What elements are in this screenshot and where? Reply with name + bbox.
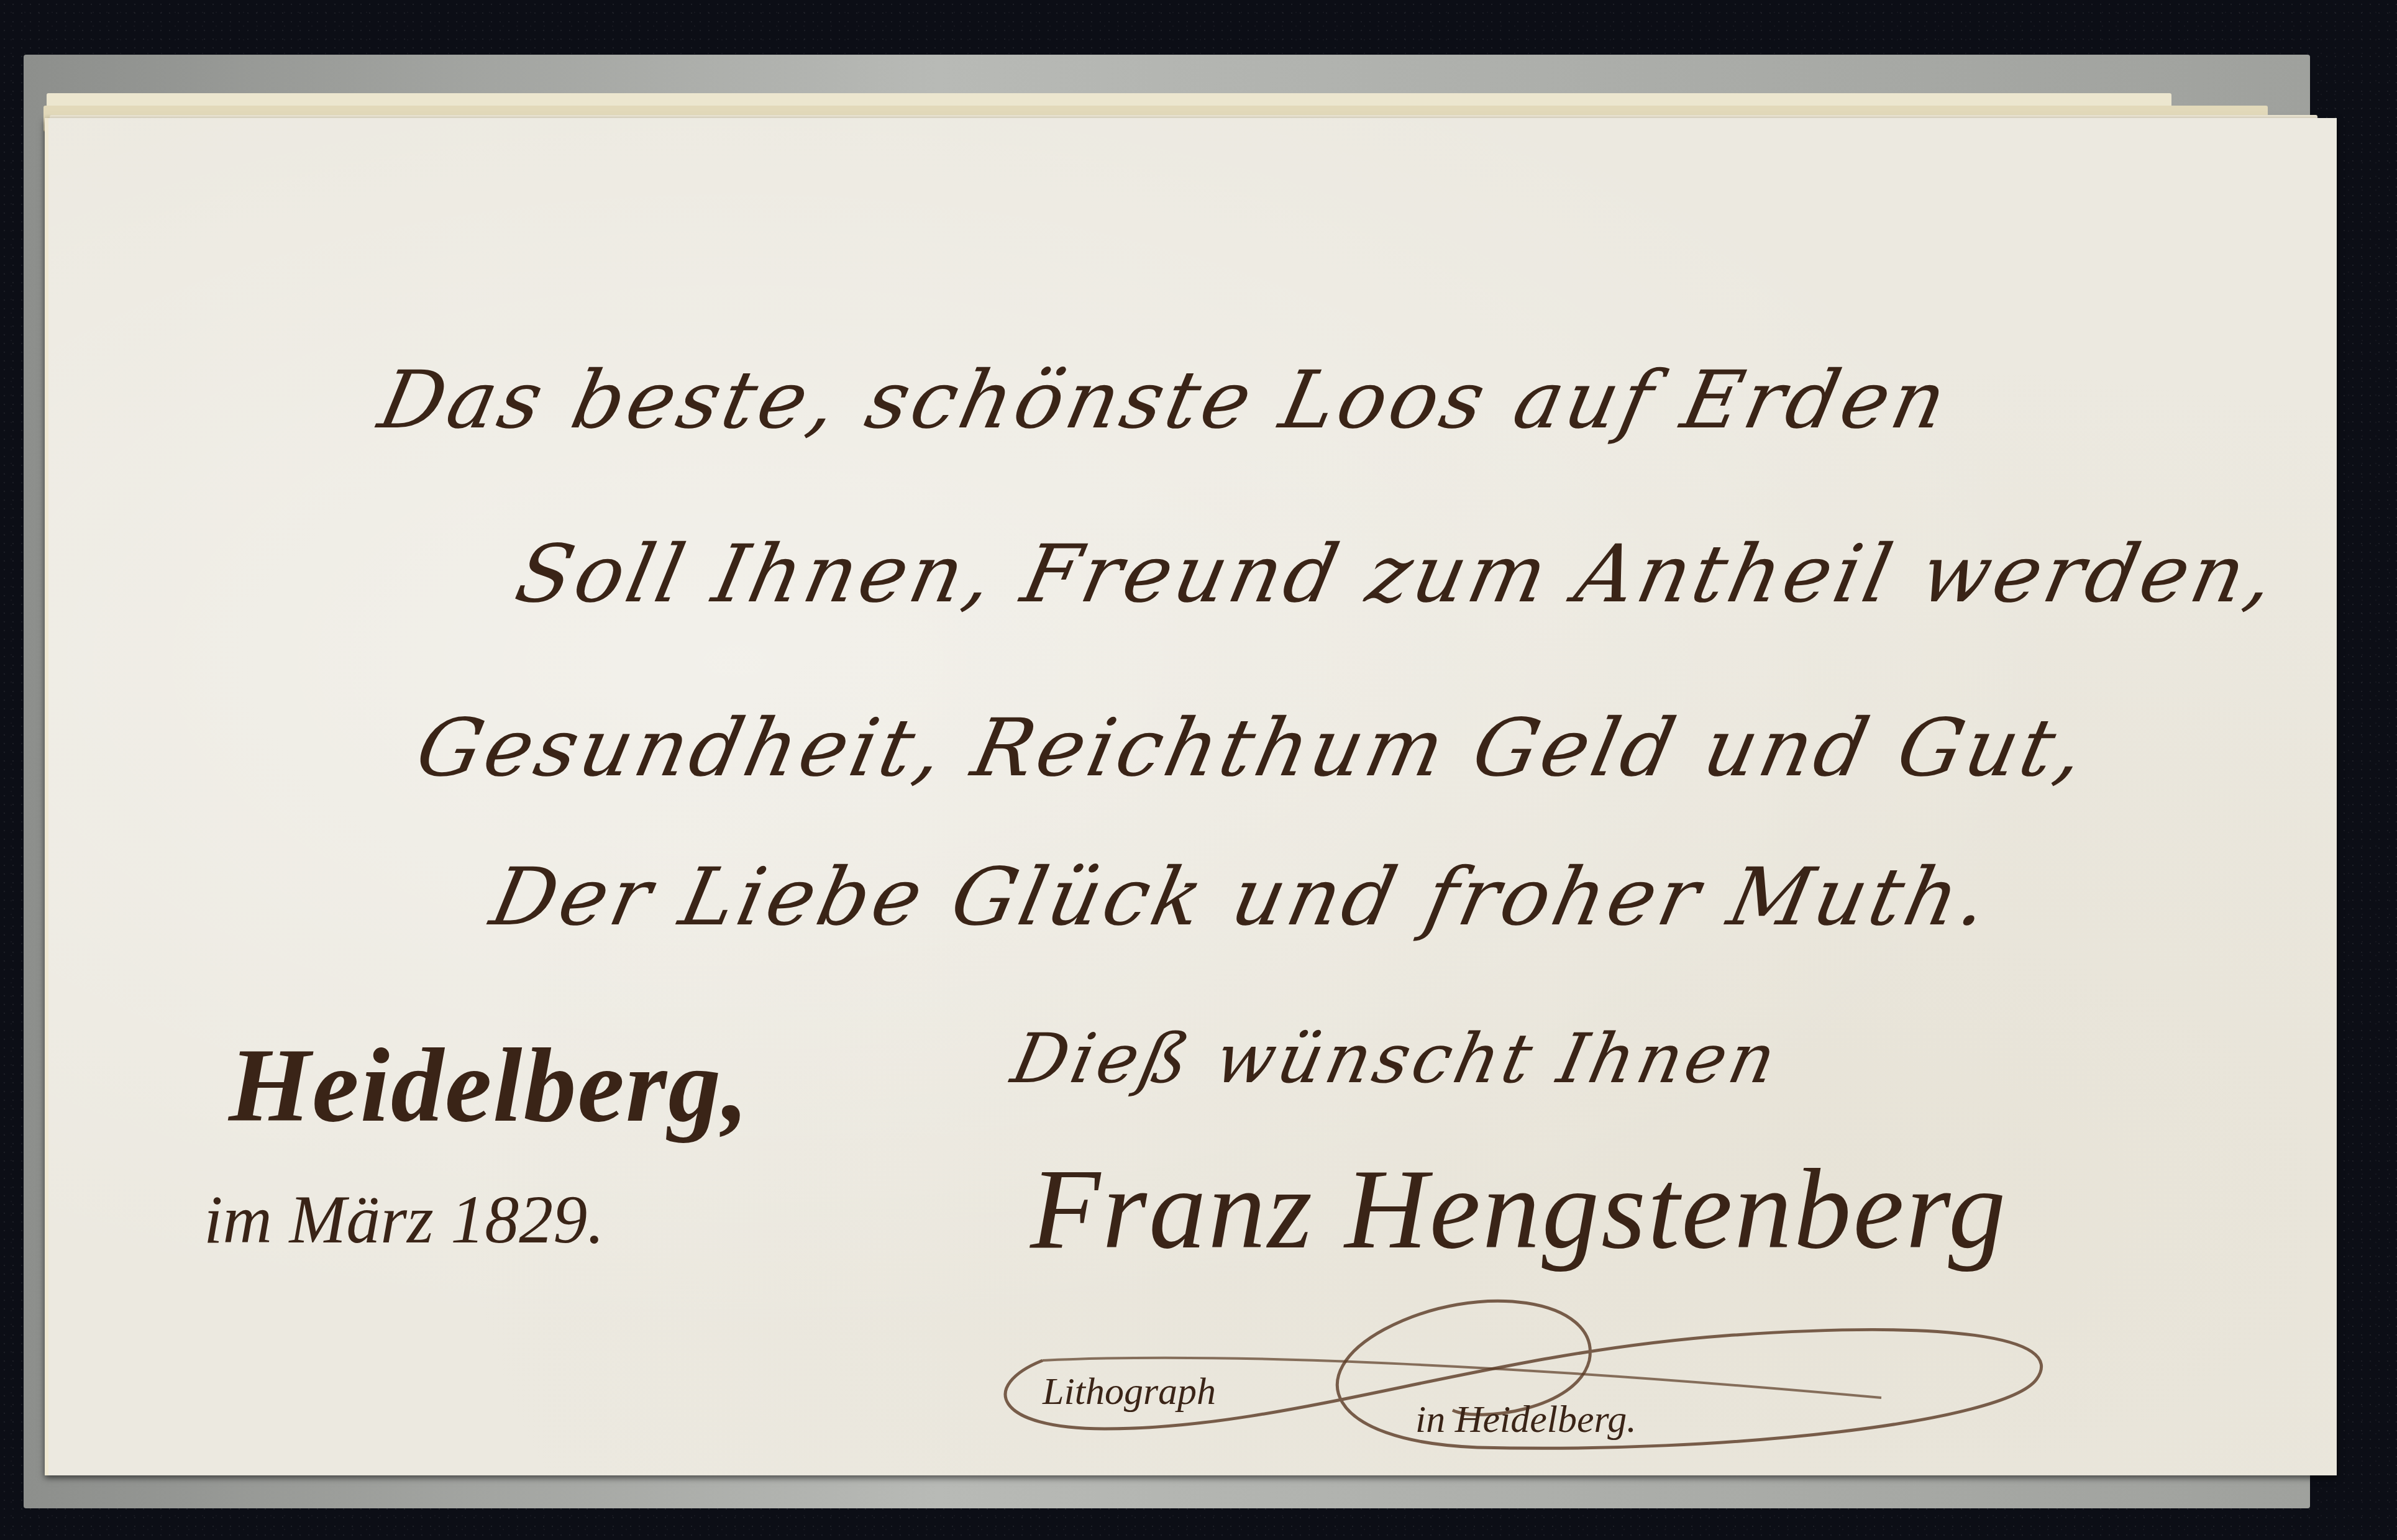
date-line: im März 1829. — [204, 1180, 605, 1259]
verse-line-3: Gesundheit, Reichthum Geld und Gut, — [409, 702, 2096, 795]
album-leaf: Das beste, schönste Loos auf Erden Soll … — [45, 118, 2337, 1475]
place-heading: Heidelberg, — [229, 1025, 750, 1146]
greeting-line: Dieß wünscht Ihnen — [1005, 1019, 1786, 1098]
lithograph-location: in Heidelberg. — [1415, 1398, 1637, 1442]
verse-line-2: Soll Ihnen, Freund zum Antheil werden, — [508, 528, 2286, 621]
verse-line-4: Der Liebe Glück und froher Muth. — [483, 851, 2000, 944]
lithograph-label: Lithograph — [1043, 1370, 1216, 1414]
signature: Franz Hengstenberg — [1030, 1143, 2007, 1275]
verse-line-1: Das beste, schönste Loos auf Erden — [372, 354, 1958, 447]
